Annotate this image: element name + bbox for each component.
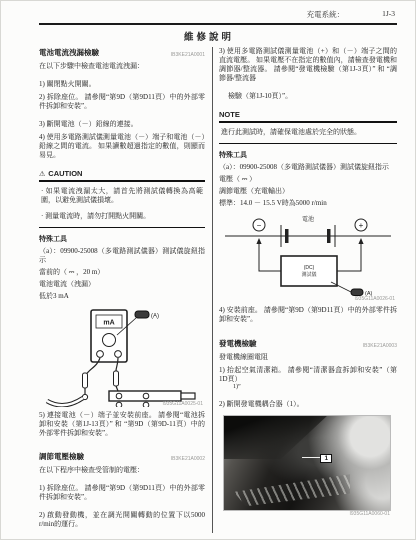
figure-code: I935G11A0025-01 [163,401,204,407]
manual-page: 充電系統： 1J-3 維修說明 電池電流洩漏檢驗 IB3KE21A0001 在以… [0,0,416,540]
tester-box-label-2: 測試儀 [301,271,316,278]
caution-body: · 如果電流洩漏太大，請首先將測試儀轉換為高範圍，以避免測試儀損壞。 · 測量電… [39,182,205,227]
tester-box-label-1: (DC) [304,265,315,271]
caution-item-1: · 如果電流洩漏太大，請首先將測試儀轉換為高範圍，以避免測試儀損壞。 [41,187,203,205]
spec-label-right: 調節電壓（充電輸出） [219,187,397,196]
step-2: 2) 拆除座位。 請參閱“第9D（第9D11頁）中的外部零件拆卸和安裝”。 [39,93,205,111]
spec-label: 電池電流（洩漏） [39,280,205,289]
page-header: 充電系統： 1J-3 [39,9,395,20]
circuit-figure: 電池 − + [219,214,397,302]
header-section-label: 充電系統： [307,9,345,20]
reg-step-1: 1) 拆除座位。 請參閱“第9D（第9D11頁）中的外部零件拆卸和安裝”。 [39,484,205,502]
multimeter-figure: mA (A) [39,307,205,407]
special-tool-number: （a）：09900-25008（多電路測試儀器）測試儀旋鈕指示 [39,247,205,265]
battery-leak-title: 電池電流洩漏檢驗 [39,47,99,58]
page-title: 維修說明 [1,29,416,43]
minus-terminal: − [257,221,262,230]
tester-mode-right: 電壓（ ⎓ ） [219,175,397,184]
generator-code: IB3KE21A0003 [363,343,397,349]
reg-step-2: 2) 啟動發動機，並在調光開關轉動的位置下以5000 r/min的運行。 [39,511,205,529]
note-box: NOTE 進行此測試時，請確保電池處於完全的狀態。 [219,110,397,144]
battery-label: 電池 [302,215,314,223]
note-text: 進行此測試時，請確保電池處於完全的狀態。 [221,128,395,137]
photo-code: I935G11A0060-01 [350,511,391,517]
generator-title: 發電機檢驗 [219,338,257,349]
right-column: 3) 使用多電路測試儀測量電池（+）和（－）端子之間的直流電壓。 如果電壓不在指… [219,47,397,533]
step-3: 3) 斷開電池（－）鉛線的連接。 [39,120,205,129]
gen-step-1: 1) 抬起空氣清潔箱。 請參閱“清潔器盒拆卸和安裝”（第1D頁） [219,366,397,384]
reg-voltage-title: 調節電壓檢驗 [39,451,84,462]
special-tool-block-right: 特殊工具 （a）：09900-25008（多電路測試儀器）測試儀旋鈕指示 電壓（… [219,151,397,208]
column-divider [212,47,213,533]
caution-title: CAUTION [48,169,82,178]
note-body: 進行此測試時，請確保電池處於完全的狀態。 [219,123,397,143]
special-tool-number-right: （a）：09900-25008（多電路測試儀器）測試儀旋鈕指示 [219,163,397,172]
rv-step-3-cont: 檢驗（第1J-10頁）”。 [219,92,397,101]
special-tool-heading-right: 特殊工具 [219,151,397,160]
battery-leak-intro: 在以下步驟中檢查電池電流洩漏： [39,62,205,71]
battery-leak-heading-row: 電池電流洩漏檢驗 IB3KE21A0001 [39,47,205,58]
plus-terminal: + [359,221,364,230]
header-rule [39,23,397,25]
note-title: NOTE [219,110,240,119]
reg-voltage-code: IB3KE21A0002 [171,456,205,462]
gen-step-2: 2) 斷開發電機耦合器（1）。 [219,400,397,409]
generator-subtitle: 發電機線圈電阻 [219,353,397,362]
two-column-body: 電池電流洩漏檢驗 IB3KE21A0001 在以下步驟中檢查電池電流洩漏： 1)… [39,47,397,533]
photo-label-lead-line [302,457,322,458]
special-tool-heading: 特殊工具 [39,235,205,244]
note-title-row: NOTE [219,110,397,123]
circuit-diagram: 電池 − + [219,214,397,302]
multimeter-illustration: mA (A) [39,307,205,407]
spec-value: 低於3 mA [39,292,205,301]
rv-step-4: 4) 安裝前座。 請參閱“第9D（第9D11頁）中的外部零件拆卸和安裝”。 [219,306,397,324]
photo-callout-1: 1 [320,454,332,463]
header-page-number: 1J-3 [382,9,395,20]
special-tool-block-left: 特殊工具 （a）：09900-25008（多電路測試儀器）測試儀旋鈕指示 當前的… [39,235,205,301]
warning-icon: ⚠ [39,170,45,178]
step-5: 5) 連接電池（－）端子並安裝前座。 請參閱“電池拆卸和安裝（第1J-13頁）”… [39,411,205,438]
generator-coupler-photo: 1 I935G11A0060-01 [223,415,391,511]
spec-value-right: 標準：14.0 － 15.5 V時為5000 r/min [219,199,397,208]
reg-voltage-heading-row: 調節電壓檢驗 IB3KE21A0002 [39,451,205,462]
left-column: 電池電流洩漏檢驗 IB3KE21A0001 在以下步驟中檢查電池電流洩漏： 1)… [39,47,205,533]
meter-display: mA [103,320,114,327]
tester-mode: 當前的（ ⎓ ，20 m） [39,268,205,277]
caution-title-row: ⚠ CAUTION [39,169,205,182]
rv-step-3: 3) 使用多電路測試儀測量電池（+）和（－）端子之間的直流電壓。 如果電壓不在指… [219,47,397,83]
caution-item-2: · 測量電流時，請勿打開點火開關。 [41,212,203,221]
figure-label-a: (A) [151,314,159,320]
gen-step-1-cont: 1)” [219,384,397,391]
generator-heading-row: 發電機檢驗 IB3KE21A0003 [219,338,397,349]
step-4: 4) 使用多電路測試儀測量電池（－）端子和電池（－）鉛線之間的電流。 如果讀數超… [39,133,205,160]
circuit-figure-code: I935G11A0026-01 [355,296,396,302]
reg-voltage-intro: 在以下程序中檢查受管制的電壓： [39,466,205,475]
step-1: 1) 關閉點火開關。 [39,80,205,89]
battery-leak-code: IB3KE21A0001 [171,52,205,58]
caution-box: ⚠ CAUTION · 如果電流洩漏太大，請首先將測試儀轉換為高範圍，以避免測試… [39,169,205,228]
